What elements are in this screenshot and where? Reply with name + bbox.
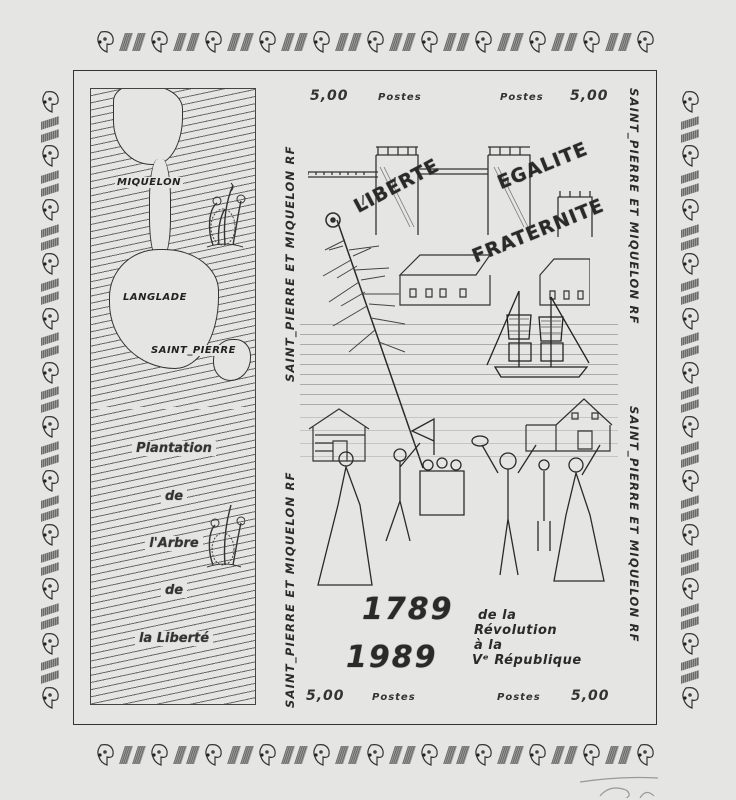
- subtitle-line-2: Révolution: [474, 623, 557, 638]
- bottom-ornament-border: [95, 735, 655, 775]
- sailing-ship-icon: [485, 285, 595, 385]
- isthmus-shape: [149, 159, 171, 259]
- panel-divider: [91, 407, 256, 409]
- subtitle-line-1: de la: [478, 608, 516, 623]
- mask-ornament-icon: [680, 415, 700, 439]
- mask-ornament-icon: [635, 30, 655, 54]
- country-legend-upper-left: SAINT_PIERRE ET MIQUELON RF: [283, 145, 297, 382]
- stripe-ornament-icon: [681, 498, 699, 519]
- mask-ornament-icon: [473, 30, 493, 54]
- stripe-ornament-icon: [681, 389, 699, 410]
- country-legend-lower-left: SAINT_PIERRE ET MIQUELON RF: [283, 471, 297, 708]
- stripe-ornament-icon: [41, 335, 59, 356]
- mask-ornament-icon: [40, 415, 60, 439]
- mask-ornament-icon: [149, 743, 169, 767]
- mask-ornament-icon: [680, 144, 700, 168]
- stripe-ornament-icon: [608, 33, 629, 51]
- mask-ornament-icon: [680, 523, 700, 547]
- postes-label-top-right: Postes: [500, 92, 544, 103]
- stripe-ornament-icon: [681, 173, 699, 194]
- mask-ornament-icon: [257, 743, 277, 767]
- mask-ornament-icon: [581, 30, 601, 54]
- stripe-ornament-icon: [608, 746, 629, 764]
- mask-ornament-icon: [95, 30, 115, 54]
- mask-ornament-icon: [40, 361, 60, 385]
- flower-illustration-icon: [203, 179, 247, 249]
- stripe-ornament-icon: [446, 33, 467, 51]
- map-label-saint-pierre: SAINT_PIERRE: [149, 345, 238, 356]
- stripe-ornament-icon: [554, 33, 575, 51]
- stripe-ornament-icon: [681, 281, 699, 302]
- stripe-ornament-icon: [392, 746, 413, 764]
- subtitle-line-4: Vᵉ République: [472, 653, 582, 668]
- map-label-langlade: LANGLADE: [121, 292, 189, 303]
- mask-ornament-icon: [419, 743, 439, 767]
- subtitle-line-3: à la: [474, 638, 503, 653]
- mask-ornament-icon: [473, 743, 493, 767]
- mask-ornament-icon: [680, 307, 700, 331]
- stripe-ornament-icon: [554, 746, 575, 764]
- mask-ornament-icon: [635, 743, 655, 767]
- stripe-ornament-icon: [681, 335, 699, 356]
- stripe-ornament-icon: [41, 444, 59, 465]
- stripe-ornament-icon: [338, 33, 359, 51]
- stripe-ornament-icon: [500, 33, 521, 51]
- mask-ornament-icon: [527, 743, 547, 767]
- miquelon-island-shape: [113, 88, 183, 165]
- mask-ornament-icon: [40, 523, 60, 547]
- mask-ornament-icon: [203, 30, 223, 54]
- caption-line-5: la Liberté: [91, 631, 256, 646]
- stripe-ornament-icon: [446, 746, 467, 764]
- stripe-ornament-icon: [41, 173, 59, 194]
- mask-ornament-icon: [40, 144, 60, 168]
- denomination-bottom-right: 5,00: [571, 688, 610, 704]
- mask-ornament-icon: [365, 743, 385, 767]
- stripe-ornament-icon: [284, 33, 305, 51]
- stripe-ornament-icon: [41, 606, 59, 627]
- country-legend-upper-right: SAINT_PIERRE ET MIQUELON RF: [627, 88, 641, 325]
- stripe-ornament-icon: [41, 119, 59, 140]
- year-1789: 1789: [362, 592, 454, 627]
- mask-ornament-icon: [40, 90, 60, 114]
- left-ornament-border: [30, 90, 70, 710]
- mask-ornament-icon: [149, 30, 169, 54]
- liberty-tree-scene: LIBERTE EGALITE FRATERNITE: [300, 115, 618, 595]
- stripe-ornament-icon: [41, 498, 59, 519]
- stripe-ornament-icon: [681, 444, 699, 465]
- artist-signature: [580, 768, 730, 798]
- top-ornament-border: [95, 22, 655, 62]
- stripe-ornament-icon: [500, 746, 521, 764]
- mask-ornament-icon: [257, 30, 277, 54]
- postes-label-bottom-left: Postes: [372, 692, 416, 703]
- flower-illustration-icon: [201, 499, 245, 569]
- mask-ornament-icon: [95, 743, 115, 767]
- mask-ornament-icon: [527, 30, 547, 54]
- stripe-ornament-icon: [122, 33, 143, 51]
- mask-ornament-icon: [40, 307, 60, 331]
- mask-ornament-icon: [365, 30, 385, 54]
- country-legend-lower-right: SAINT_PIERRE ET MIQUELON RF: [627, 406, 641, 643]
- mask-ornament-icon: [311, 30, 331, 54]
- mask-ornament-icon: [40, 686, 60, 710]
- stripe-ornament-icon: [230, 33, 251, 51]
- stripe-ornament-icon: [681, 660, 699, 681]
- denomination-top-left: 5,00: [310, 88, 349, 104]
- mask-ornament-icon: [680, 252, 700, 276]
- right-ornament-border: [670, 90, 710, 710]
- stripe-ornament-icon: [681, 552, 699, 573]
- mask-ornament-icon: [311, 743, 331, 767]
- mask-ornament-icon: [40, 198, 60, 222]
- stripe-ornament-icon: [176, 33, 197, 51]
- stamp-proof-sheet: MIQUELON LANGLADE SAINT_PIERRE Plantatio…: [0, 0, 736, 800]
- denomination-top-right: 5,00: [570, 88, 609, 104]
- postes-label-top-left: Postes: [378, 92, 422, 103]
- mask-ornament-icon: [680, 469, 700, 493]
- mask-ornament-icon: [680, 198, 700, 222]
- postes-label-bottom-right: Postes: [497, 692, 541, 703]
- mask-ornament-icon: [680, 686, 700, 710]
- mask-ornament-icon: [680, 577, 700, 601]
- stripe-ornament-icon: [41, 389, 59, 410]
- stripe-ornament-icon: [681, 119, 699, 140]
- mask-ornament-icon: [40, 632, 60, 656]
- mask-ornament-icon: [40, 577, 60, 601]
- stripe-ornament-icon: [41, 281, 59, 302]
- map-label-miquelon: MIQUELON: [115, 177, 183, 188]
- crowd-figures-icon: [308, 415, 608, 595]
- map-caption-panel: MIQUELON LANGLADE SAINT_PIERRE Plantatio…: [90, 88, 256, 705]
- mask-ornament-icon: [40, 252, 60, 276]
- stripe-ornament-icon: [41, 227, 59, 248]
- caption-line-1: Plantation: [91, 441, 256, 456]
- mask-ornament-icon: [40, 469, 60, 493]
- mask-ornament-icon: [680, 632, 700, 656]
- mask-ornament-icon: [419, 30, 439, 54]
- stripe-ornament-icon: [681, 227, 699, 248]
- stripe-ornament-icon: [681, 606, 699, 627]
- stripe-ornament-icon: [338, 746, 359, 764]
- denomination-bottom-left: 5,00: [306, 688, 345, 704]
- mask-ornament-icon: [581, 743, 601, 767]
- mask-ornament-icon: [680, 361, 700, 385]
- stripe-ornament-icon: [122, 746, 143, 764]
- stripe-ornament-icon: [392, 33, 413, 51]
- mask-ornament-icon: [680, 90, 700, 114]
- mask-ornament-icon: [203, 743, 223, 767]
- stripe-ornament-icon: [41, 552, 59, 573]
- caption-line-4: de: [91, 583, 256, 598]
- stripe-ornament-icon: [284, 746, 305, 764]
- year-1989: 1989: [346, 640, 438, 675]
- stripe-ornament-icon: [41, 660, 59, 681]
- stripe-ornament-icon: [230, 746, 251, 764]
- stripe-ornament-icon: [176, 746, 197, 764]
